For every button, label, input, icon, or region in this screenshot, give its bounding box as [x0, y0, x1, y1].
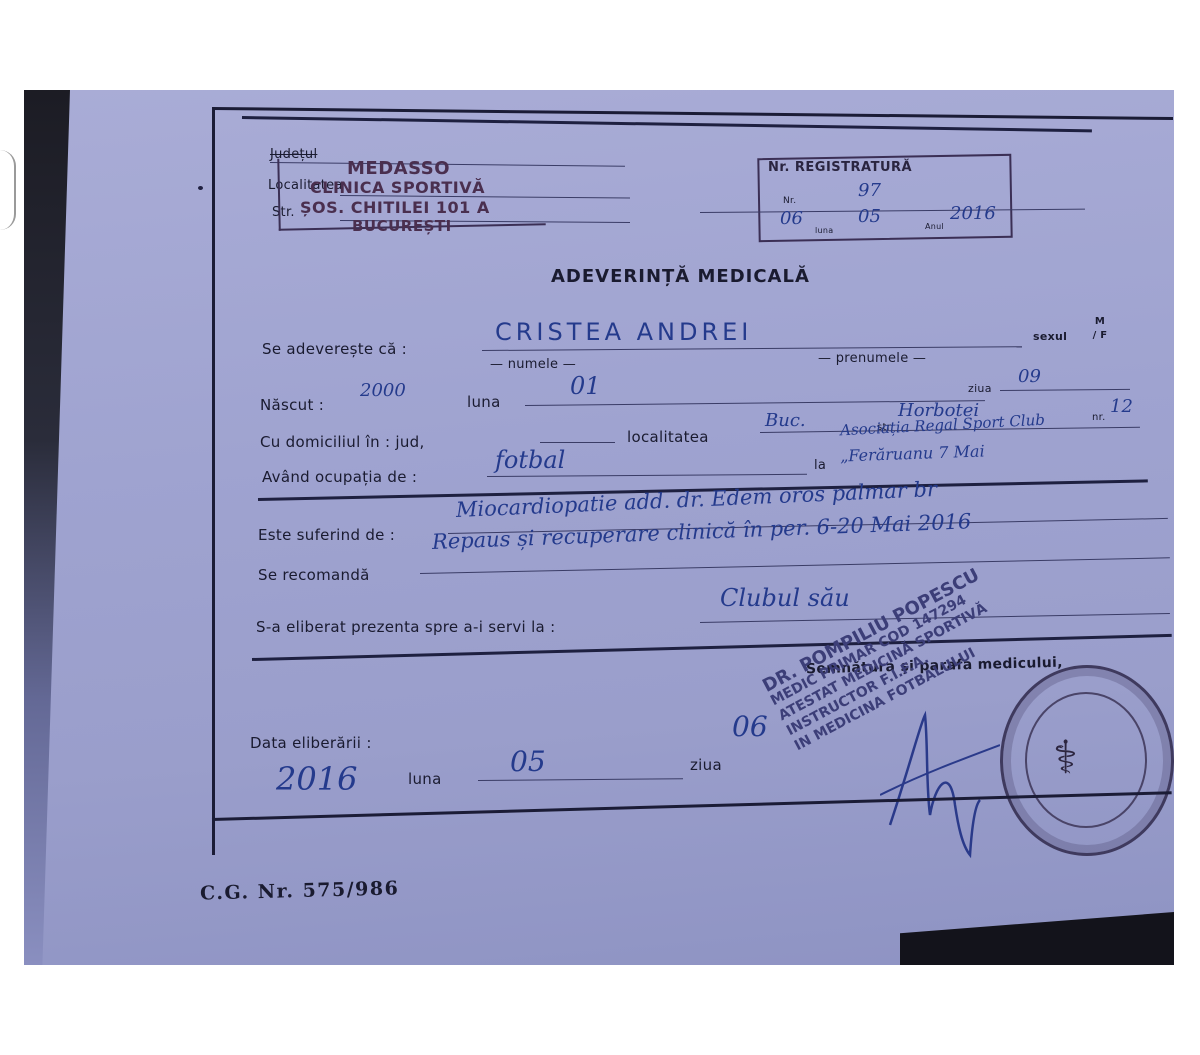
- registration-nr-label: Nr.: [783, 196, 796, 206]
- issue-month-label: luna: [408, 770, 442, 788]
- stamp-address: ȘOS. CHITILEI 101 A: [300, 198, 490, 217]
- issue-year: 2016: [276, 760, 357, 798]
- locality-value: Buc.: [765, 410, 806, 431]
- recommend-label: Se recomandă: [258, 566, 370, 584]
- issued-for-value: Clubul său: [720, 584, 850, 612]
- occupation-value: fotbal: [495, 446, 565, 474]
- clinic-round-stamp: ⚕: [1000, 665, 1174, 856]
- doctor-signature: [880, 705, 1000, 865]
- registration-label: Nr. REGISTRATURĂ: [768, 160, 912, 175]
- county-line: [540, 442, 615, 443]
- surname-caption: — numele —: [490, 357, 576, 372]
- issue-day: 06: [732, 710, 768, 743]
- born-month: 01: [570, 372, 601, 400]
- issue-month: 05: [510, 745, 546, 778]
- registration-year: 2016: [950, 203, 996, 224]
- locality-label: localitatea: [627, 428, 709, 446]
- registration-number: 97: [858, 180, 881, 201]
- born-day: 09: [1018, 366, 1041, 387]
- born-label: Născut :: [260, 396, 324, 414]
- stamp-medasso: MEDASSO: [347, 158, 450, 179]
- patient-name: CRISTEA ANDREI: [495, 318, 752, 346]
- document-title: ADEVERINȚĂ MEDICALĂ: [551, 266, 810, 287]
- born-day-label: ziua: [968, 382, 992, 395]
- born-month-label: luna: [467, 393, 501, 411]
- paper-speck: [198, 186, 203, 190]
- domicile-label: Cu domiciliul în : jud,: [260, 433, 425, 451]
- round-stamp-inner-ring: [1025, 692, 1147, 828]
- stamp-clinica: CLINICA SPORTIVĂ: [310, 178, 485, 197]
- page-curl-edge: [0, 150, 16, 230]
- registration-anul-label: Anul: [925, 222, 944, 231]
- sex-options: M / F: [1092, 315, 1108, 343]
- registration-month: 05: [858, 206, 881, 227]
- born-year: 2000: [360, 380, 406, 401]
- issued-for-label: S-a eliberat prezenta spre a-i servi la …: [256, 618, 555, 636]
- nr-label: nr.: [1092, 412, 1106, 423]
- firstname-caption: — prenumele —: [818, 351, 926, 366]
- caduceus-icon: ⚕: [1053, 730, 1078, 784]
- suffering-label: Este suferind de :: [258, 526, 395, 544]
- occupation-label: Având ocupația de :: [262, 468, 417, 486]
- registration-luna-label: luna: [815, 226, 833, 235]
- employer-at-label: la: [814, 458, 826, 473]
- issue-date-label: Data eliberării :: [250, 734, 372, 752]
- certifies-label: Se adeverește că :: [262, 340, 407, 358]
- registration-day: 06: [780, 208, 803, 229]
- sex-label: sexul: [1033, 330, 1067, 343]
- issue-day-label: ziua: [690, 756, 722, 774]
- stamp-city: BUCUREȘTI: [352, 217, 452, 235]
- nr-value: 12: [1110, 396, 1133, 417]
